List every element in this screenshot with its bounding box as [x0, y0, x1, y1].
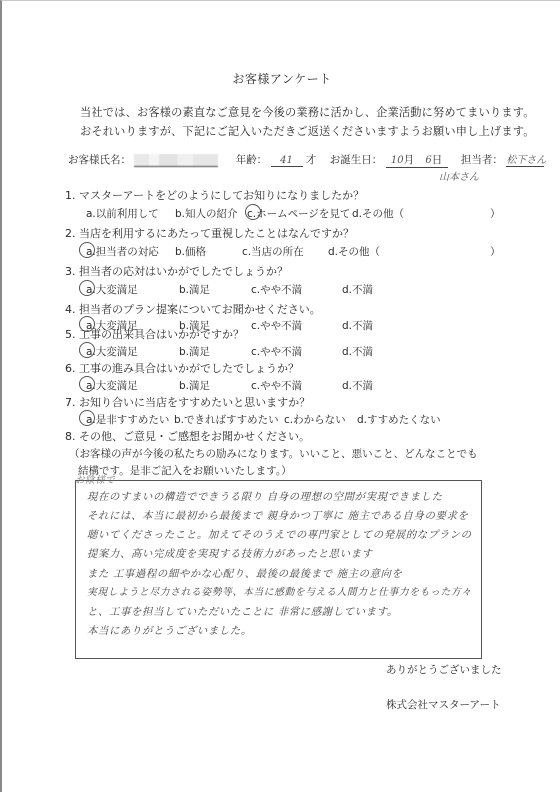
question-8: 8. その他、ご意見・ご感想をお聞かせください。	[65, 428, 310, 444]
q1-option-d[interactable]: d.その他（	[352, 206, 404, 221]
q3-option-d[interactable]: d.不満	[342, 282, 373, 297]
question-7: 7. お知り合いに当店をすすめたいと思いますか？	[65, 394, 310, 410]
comment-line-4: 提案力、高い完成度を実現する技術力があったと思います	[87, 545, 373, 560]
q5-option-d[interactable]: d.不満	[342, 344, 373, 359]
q4-option-d[interactable]: d.不満	[342, 318, 373, 333]
comment-line-6: 実現しようと尽力される姿勢等、本当に感動を与える人間力と仕事力をもった方々	[87, 584, 472, 598]
q1-option-d-close: ）	[490, 206, 501, 221]
question-5: 5. 工事の出来具合はいかがですか？	[65, 326, 244, 342]
month-unit: 月	[404, 152, 415, 167]
q6-option-d[interactable]: d.不満	[342, 378, 373, 393]
q6-option-c[interactable]: c.やや不満	[251, 378, 302, 393]
q5-option-a[interactable]: a.大変満足	[86, 344, 138, 359]
q7-option-c[interactable]: c.わからない	[284, 412, 346, 427]
q2-option-d-close: ）	[490, 244, 501, 259]
q8-note-line-1: （お客様の声が今後の私たちの励みになります。いいこと、悪いこと、どんなことでも	[69, 446, 478, 461]
comment-line-3: 聴いてくださったこと。加えてそのうえでの専門家としての発展的なプランの	[87, 526, 472, 541]
q5-option-c[interactable]: c.やや不満	[251, 344, 302, 359]
comment-line-1: 現在のすまいの構造でできうる限り 自身の理想の空間が実現できました	[87, 488, 443, 503]
question-number: 1.	[65, 189, 76, 202]
question-text: 工事の進み具合はいかがでしたでしょうか？	[79, 362, 299, 375]
q4-option-c[interactable]: c.やや不満	[251, 318, 302, 333]
q2-option-a[interactable]: a.担当者の対応	[86, 244, 159, 259]
survey-title: お客様アンケート	[2, 70, 560, 87]
q2-option-d[interactable]: d.その他（	[328, 244, 380, 259]
question-text: マスターアートをどのようにしてお知りになりましたか？	[79, 189, 364, 202]
question-number: 2.	[65, 227, 76, 240]
question-number: 3.	[65, 265, 76, 278]
question-number: 7.	[65, 396, 76, 409]
q5-option-b[interactable]: b.満足	[179, 344, 210, 359]
age-label: 年齢：	[236, 152, 268, 167]
day-unit: 日	[432, 152, 443, 167]
company-name: 株式会社マスターアート	[386, 697, 501, 712]
q1-option-c[interactable]: c.ホームページを見て	[247, 206, 350, 221]
q2-option-c[interactable]: c.当店の所在	[242, 244, 304, 259]
q7-option-b[interactable]: b.できればすすめたい	[174, 412, 279, 427]
closing-thanks: ありがとうございました	[386, 662, 502, 677]
question-4: 4. 担当者のプラン提案についてお聞かせください。	[65, 301, 321, 317]
question-text: 担当者の応対はいかがでしたでしょうか？	[79, 265, 288, 278]
age-field[interactable]: 41	[271, 155, 303, 167]
question-text: その他、ご意見・ご感想をお聞かせください。	[79, 430, 310, 443]
comment-line-5: また 工事過程の細やかな心配り、最後の最後まで 施主の意向を	[87, 565, 403, 580]
question-6: 6. 工事の進み具合はいかがでしたでしょうか？	[65, 360, 299, 376]
q1-option-a[interactable]: a.以前利用して	[86, 206, 159, 221]
staff-field-2: 山本さん	[439, 168, 479, 183]
question-text: 当店を利用するにあたって重視したことはなんですか？	[79, 227, 354, 240]
question-number: 6.	[65, 362, 76, 375]
q2-option-b[interactable]: b.価格	[175, 244, 206, 259]
q7-option-a[interactable]: a.是非すすめたい	[86, 412, 169, 427]
name-label: お客様氏名：	[68, 152, 131, 167]
comment-line-7: と、工事を担当していただいたことに 非常に感謝しています。	[87, 603, 398, 618]
q6-option-b[interactable]: b.満足	[179, 378, 210, 393]
q3-option-b[interactable]: b.満足	[179, 282, 210, 297]
birthday-field[interactable]: 10月 6日	[386, 152, 448, 168]
q6-option-a[interactable]: a.大変満足	[86, 378, 138, 393]
question-number: 8.	[65, 430, 76, 443]
q3-option-a[interactable]: a.大変満足	[86, 282, 138, 297]
question-number: 4.	[65, 303, 76, 316]
staff-field-1[interactable]: 松下さん	[506, 151, 544, 167]
birthday-label: お誕生日：	[330, 152, 383, 167]
question-text: 工事の出来具合はいかがですか？	[79, 328, 244, 341]
birthday-month: 10	[391, 155, 404, 166]
q3-option-c[interactable]: c.やや不満	[251, 282, 302, 297]
intro-line-1: 当社では、お客様の素直なご意見を今後の業務に活かし、企業活動に努めてまいります。	[80, 104, 535, 120]
comment-line-2: それには、本当に最初から最後まで 親身かつ丁寧に 施主である自身の要求を	[87, 507, 468, 522]
q7-option-d[interactable]: d.すすめたくない	[357, 412, 441, 427]
staff-label: 担当者：	[461, 152, 503, 167]
q1-option-b[interactable]: b.知人の紹介	[175, 206, 238, 221]
question-text: お知り合いに当店をすすめたいと思いますか？	[79, 396, 310, 409]
question-2: 2. 当店を利用するにあたって重視したことはなんですか？	[65, 225, 354, 241]
age-unit: 才	[306, 152, 317, 167]
name-field[interactable]: (blurred)	[134, 154, 218, 167]
question-1: 1. マスターアートをどのようにしてお知りになりましたか？	[65, 187, 364, 203]
intro-line-2: おそれいりますが、下記にご記入いただきご返送くださいますようお願い申し上げます。	[80, 123, 535, 139]
question-3: 3. 担当者の応対はいかがでしたでしょうか？	[65, 263, 288, 279]
question-text: 担当者のプラン提案についてお聞かせください。	[79, 303, 321, 316]
question-number: 5.	[65, 328, 76, 341]
comment-line-8: 本当にありがとうございました。	[87, 622, 252, 637]
customer-info-row: お客様氏名： (blurred) 年齢： 41 才 お誕生日： 10月 6日 担…	[68, 151, 544, 168]
